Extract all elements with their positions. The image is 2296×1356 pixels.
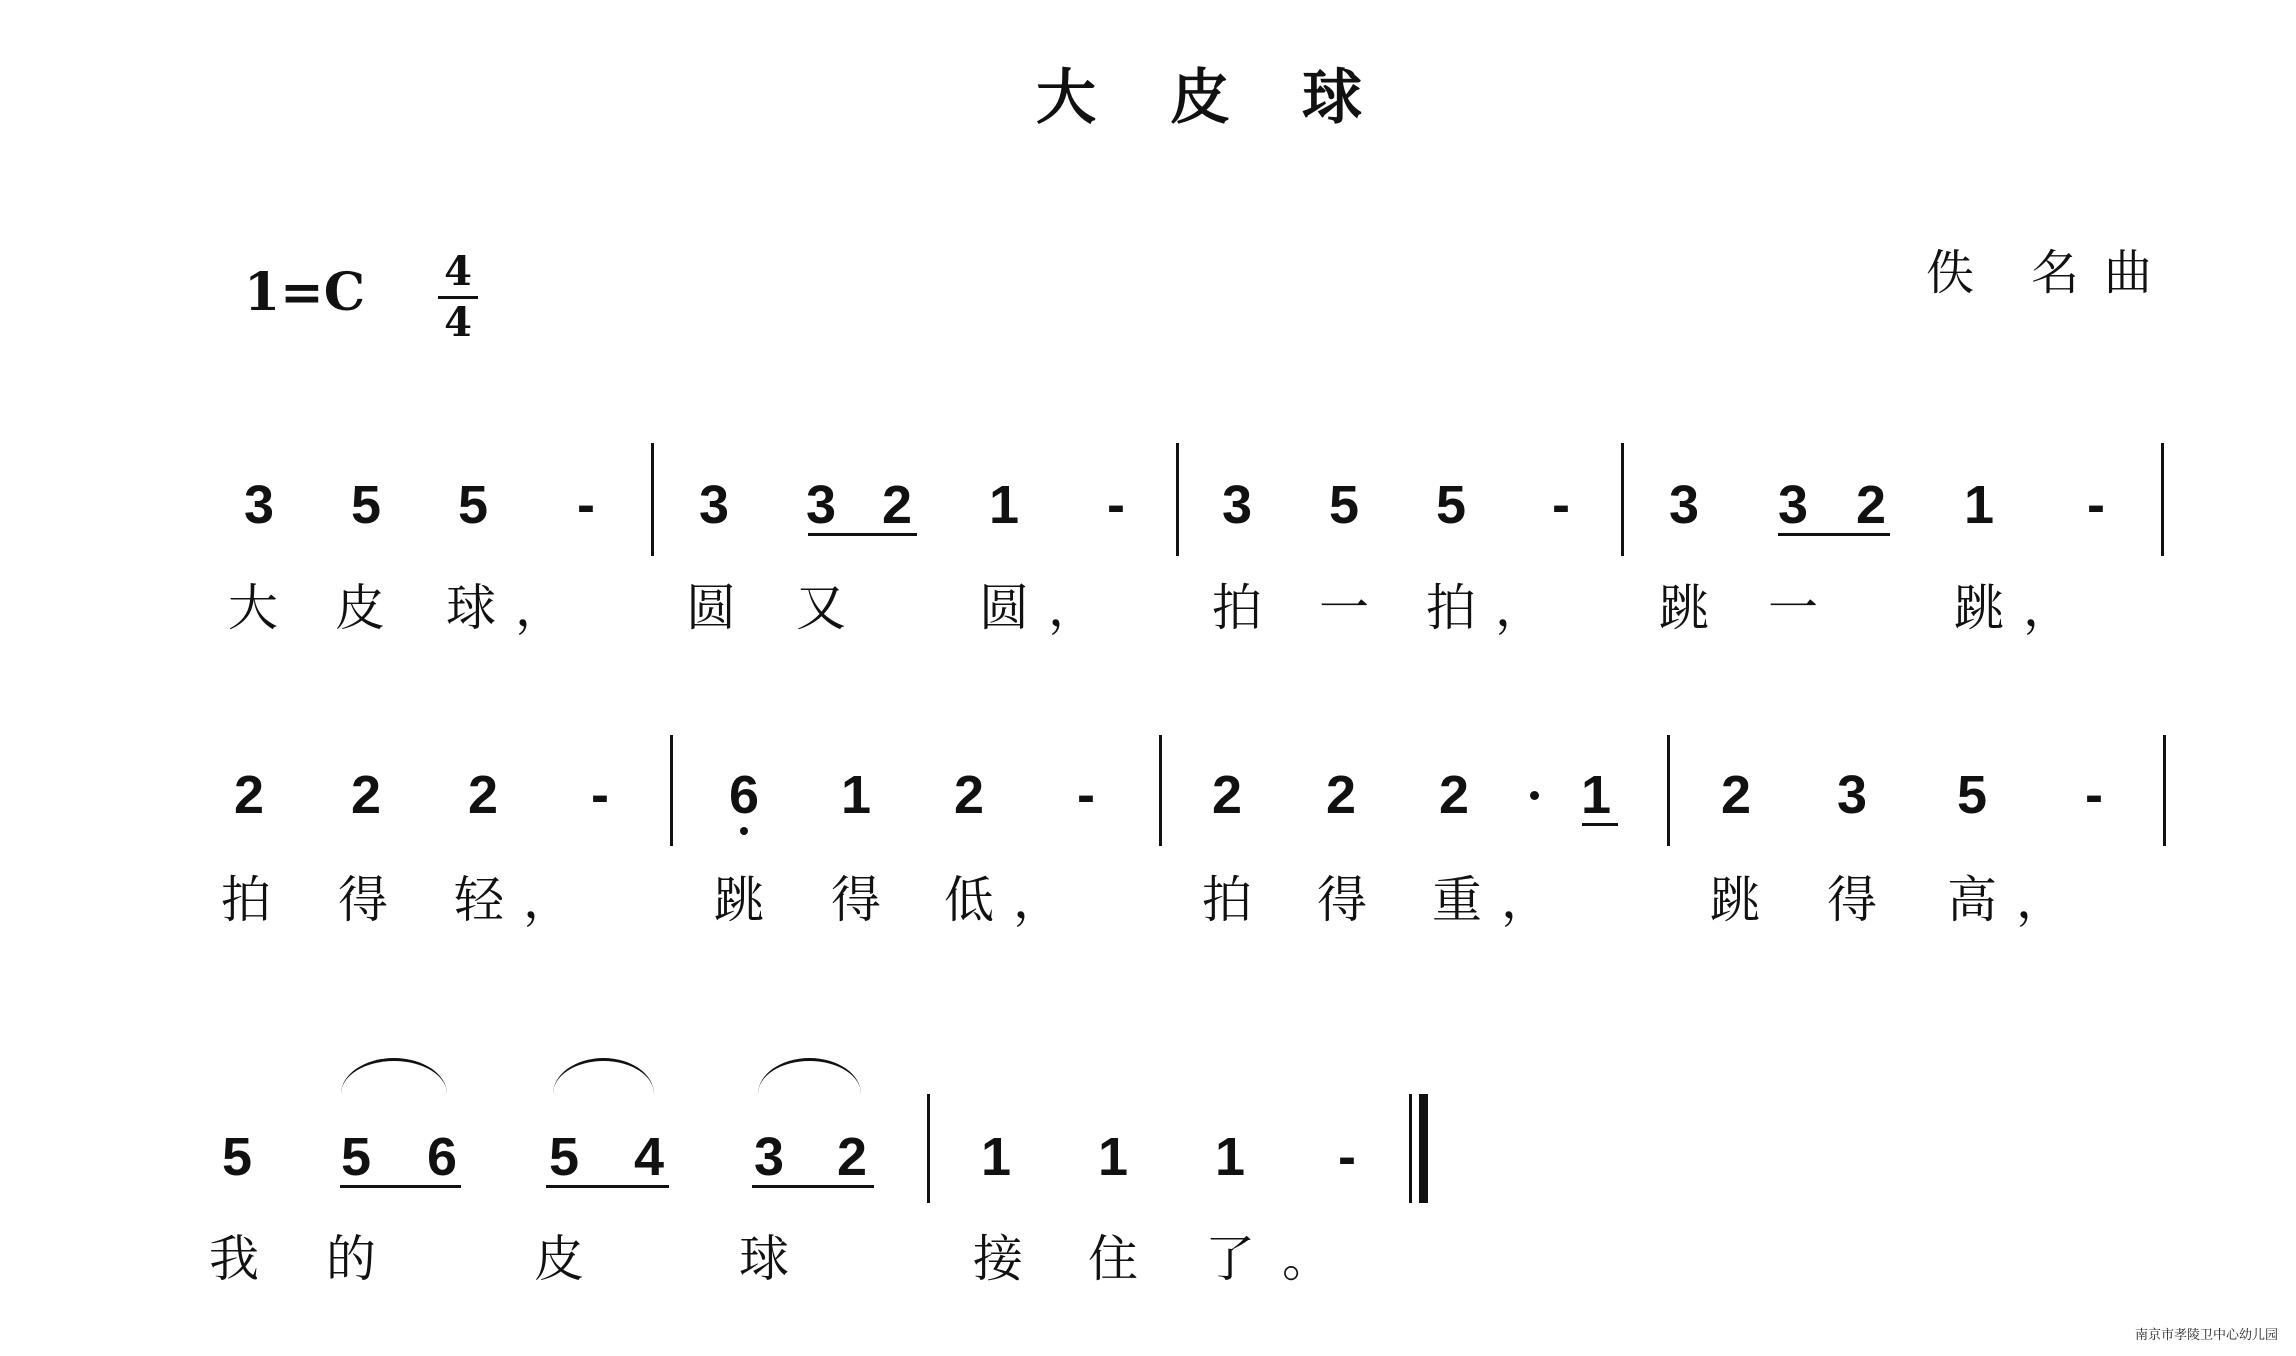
eighth-note-underline — [1582, 823, 1618, 826]
note-digit: 1 — [974, 475, 1034, 535]
slur-arc — [553, 1058, 654, 1094]
lyric-char: 低 — [939, 870, 999, 930]
note-digit: 1 — [1566, 765, 1626, 825]
note-digit: 3 — [1654, 475, 1714, 535]
lyric-char: 拍 — [1421, 578, 1481, 638]
augmentation-dot — [1530, 791, 1539, 800]
low-octave-dot — [740, 827, 748, 835]
lyric-char: 重 — [1427, 870, 1487, 930]
lyric-punctuation: 。 — [1282, 1229, 1332, 1289]
lyric-char: 一 — [1314, 578, 1374, 638]
slur-arc — [758, 1058, 861, 1094]
note-digit: 2 — [939, 765, 999, 825]
title-char: 球 — [1302, 60, 1362, 136]
lyric-char: 我 — [204, 1229, 264, 1289]
key-signature: 1=C — [244, 262, 365, 324]
note-digit: 2 — [336, 765, 396, 825]
sustain-dash: - — [556, 475, 616, 535]
lyric-char: 跳 — [1705, 870, 1765, 930]
note-digit: 1 — [966, 1127, 1026, 1187]
note-digit: 2 — [822, 1127, 882, 1187]
title-char: 大 — [1036, 60, 1096, 136]
barline — [2163, 735, 2166, 846]
barline — [1159, 735, 1162, 846]
note-digit: 2 — [1424, 765, 1484, 825]
note-digit: 5 — [534, 1127, 594, 1187]
note-digit: 5 — [336, 475, 396, 535]
note-digit: 5 — [1421, 475, 1481, 535]
eighth-note-underline — [340, 1185, 461, 1188]
eighth-note-underline — [1778, 533, 1890, 536]
barline — [670, 735, 673, 846]
lyric-punctuation: ， — [2023, 578, 2073, 638]
note-digit: 4 — [619, 1127, 679, 1187]
lyric-char: 得 — [826, 870, 886, 930]
barline — [651, 443, 654, 556]
lyric-punctuation: ， — [1013, 870, 1063, 930]
note-digit: 2 — [1706, 765, 1766, 825]
note-digit: 1 — [1949, 475, 2009, 535]
lyric-char: 大 — [223, 578, 283, 638]
lyric-char: 皮 — [529, 1229, 589, 1289]
credit-text: 南京市孝陵卫中心幼儿园 — [2135, 1328, 2278, 1344]
lyric-char: 球 — [441, 578, 501, 638]
sustain-dash: - — [1317, 1127, 1377, 1187]
note-digit: 1 — [826, 765, 886, 825]
lyric-char: 拍 — [1207, 578, 1267, 638]
note-digit: 2 — [453, 765, 513, 825]
note-digit: 5 — [207, 1127, 267, 1187]
barline — [1621, 443, 1624, 556]
lyric-char: 了 — [1200, 1229, 1260, 1289]
lyric-char: 又 — [791, 578, 851, 638]
lyric-char: 皮 — [330, 578, 390, 638]
lyric-char: 跳 — [1949, 578, 2009, 638]
barline — [1667, 735, 1670, 846]
lyric-char: 跳 — [709, 870, 769, 930]
lyric-char: 跳 — [1654, 578, 1714, 638]
title-char: 皮 — [1170, 60, 1230, 136]
lyric-punctuation: ， — [515, 578, 565, 638]
barline — [2161, 443, 2164, 556]
lyric-char: 球 — [734, 1229, 794, 1289]
note-digit: 3 — [1822, 765, 1882, 825]
note-digit: 1 — [1083, 1127, 1143, 1187]
note-digit: 2 — [219, 765, 279, 825]
lyric-punctuation: ， — [1501, 870, 1551, 930]
note-digit: 2 — [867, 475, 927, 535]
note-digit: 2 — [1841, 475, 1901, 535]
sustain-dash: - — [2064, 765, 2124, 825]
barline — [1176, 443, 1179, 556]
note-digit: 6 — [412, 1127, 472, 1187]
note-digit: 3 — [1763, 475, 1823, 535]
lyric-char: 得 — [1312, 870, 1372, 930]
time-numerator: 4 — [438, 252, 478, 292]
composer-char: 佚 — [1926, 246, 1974, 300]
barline — [927, 1094, 930, 1203]
note-digit: 5 — [1942, 765, 2002, 825]
sustain-dash: - — [1531, 475, 1591, 535]
lyric-char: 高 — [1942, 870, 2002, 930]
lyric-punctuation: ， — [523, 870, 573, 930]
time-signature: 4 4 — [438, 252, 478, 343]
note-digit: 5 — [1314, 475, 1374, 535]
note-digit: 1 — [1200, 1127, 1260, 1187]
note-digit: 2 — [1197, 765, 1257, 825]
composer-char: 曲 — [2104, 246, 2152, 300]
note-digit: 3 — [1207, 475, 1267, 535]
note-digit: 3 — [739, 1127, 799, 1187]
sustain-dash: - — [1086, 475, 1146, 535]
lyric-char: 一 — [1763, 578, 1823, 638]
slur-arc — [341, 1058, 447, 1094]
final-barline-thin — [1409, 1094, 1412, 1203]
lyric-char: 圆 — [681, 578, 741, 638]
lyric-char: 拍 — [216, 870, 276, 930]
sustain-dash: - — [570, 765, 630, 825]
note-digit: 3 — [791, 475, 851, 535]
lyric-char: 得 — [333, 870, 393, 930]
lyric-char: 拍 — [1197, 870, 1257, 930]
note-digit: 6 — [714, 765, 774, 825]
eighth-note-underline — [546, 1185, 669, 1188]
lyric-punctuation: ， — [1495, 578, 1545, 638]
lyric-char: 的 — [321, 1229, 381, 1289]
lyric-char: 接 — [968, 1229, 1028, 1289]
lyric-char: 轻 — [449, 870, 509, 930]
eighth-note-underline — [808, 533, 917, 536]
eighth-note-underline — [752, 1185, 874, 1188]
sustain-dash: - — [1056, 765, 1116, 825]
lyric-char: 住 — [1083, 1229, 1143, 1289]
sustain-dash: - — [2066, 475, 2126, 535]
lyric-punctuation: ， — [2016, 870, 2066, 930]
lyric-char: 得 — [1822, 870, 1882, 930]
final-barline-thick — [1419, 1094, 1428, 1203]
note-digit: 3 — [684, 475, 744, 535]
lyric-char: 圆 — [974, 578, 1034, 638]
time-denominator: 4 — [438, 303, 478, 343]
note-digit: 5 — [443, 475, 503, 535]
lyric-punctuation: ， — [1048, 578, 1098, 638]
note-digit: 5 — [326, 1127, 386, 1187]
note-digit: 2 — [1311, 765, 1371, 825]
composer-char: 名 — [2031, 246, 2079, 300]
note-digit: 3 — [229, 475, 289, 535]
